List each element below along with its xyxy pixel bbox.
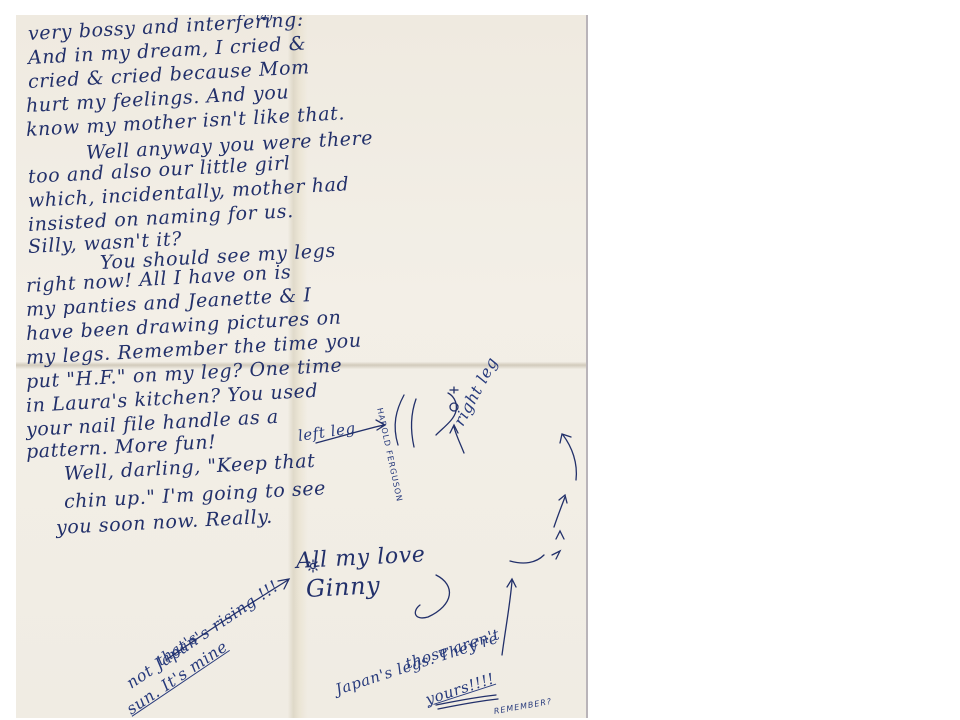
paper-edge (586, 15, 588, 718)
annotation-remember: REMEMBER? (493, 697, 552, 716)
right-leg-label: right leg (450, 354, 502, 429)
annotation-rising-sun-2: not Japan's rising !!! (123, 576, 282, 692)
arrow-icon (563, 435, 576, 480)
arrow-icon (502, 581, 512, 655)
left-leg-inscription: HAROLD FERGUSON (375, 407, 404, 503)
signoff: All my love (295, 542, 426, 574)
left-leg-label: left leg (297, 419, 357, 445)
annotation-legs-3: yours!!!! (423, 669, 497, 708)
letter-page: (4) very bossy and interfering: And in m… (16, 15, 588, 718)
scan-canvas: (4) very bossy and interfering: And in m… (0, 0, 960, 720)
signature: Ginny (305, 571, 381, 603)
left-leg-drawing-icon (395, 395, 404, 445)
